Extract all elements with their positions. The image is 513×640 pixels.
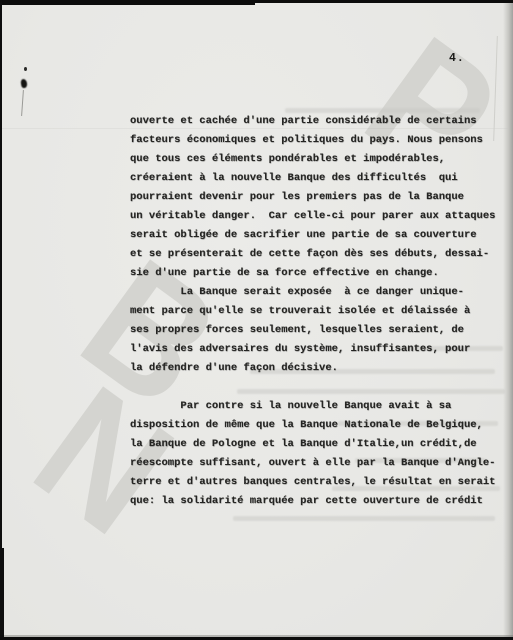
text-line: créeraient à la nouvelle Banque des diff… <box>130 169 495 188</box>
text-line: ses propres forces seulement, lesquelles… <box>130 321 495 340</box>
text-line: et se présenterait de cette façon dès se… <box>130 245 495 264</box>
bleed-through-mark <box>233 516 495 521</box>
text-line: un véritable danger. Car celle-ci pour p… <box>130 207 495 226</box>
scan-edge-top-thick <box>0 0 255 5</box>
text-line: sie d'une partie de sa force effective e… <box>130 264 495 283</box>
text-line: terre et d'autres banques centrales, le … <box>130 473 495 492</box>
paragraph: La Banque serait exposée à ce danger uni… <box>130 283 495 378</box>
text-line: serait obligée de sacrifier une partie d… <box>130 226 495 245</box>
scan-edge-left <box>0 0 2 640</box>
page-number: 4. <box>449 52 465 65</box>
text-line: La Banque serait exposée à ce danger uni… <box>130 283 495 302</box>
text-line: Par contre si la nouvelle Banque avait à… <box>130 397 495 416</box>
document-text: ouverte et cachée d'une partie considéra… <box>130 112 495 511</box>
text-line: que tous ces éléments pondérables et imp… <box>130 150 495 169</box>
text-line: l'avis des adversaires du système, insuf… <box>130 340 495 359</box>
text-line: pourraient devenir pour les premiers pas… <box>130 188 495 207</box>
text-line: ouverte et cachée d'une partie considéra… <box>130 112 495 131</box>
text-line: disposition de même que la Banque Nation… <box>130 416 495 435</box>
text-line: la Banque de Pologne et la Banque d'Ital… <box>130 435 495 454</box>
text-line: ment parce qu'elle se trouverait isolée … <box>130 302 495 321</box>
text-line: que: la solidarité marquée par cette ouv… <box>130 492 495 511</box>
page-edge-shadow <box>503 0 513 640</box>
scanned-document-page: NBP 4. ouverte et cachée d'une partie co… <box>0 0 513 640</box>
paragraph: Par contre si la nouvelle Banque avait à… <box>130 397 495 511</box>
text-line: réescompte suffisant, ouvert à elle par … <box>130 454 495 473</box>
text-line: la défendre d'une façon décisive. <box>130 359 495 378</box>
ink-spot <box>24 67 27 71</box>
text-line: facteurs économiques et politiques du pa… <box>130 131 495 150</box>
paragraph: ouverte et cachée d'une partie considéra… <box>130 112 495 283</box>
scan-edge-left-bottom <box>0 548 4 640</box>
